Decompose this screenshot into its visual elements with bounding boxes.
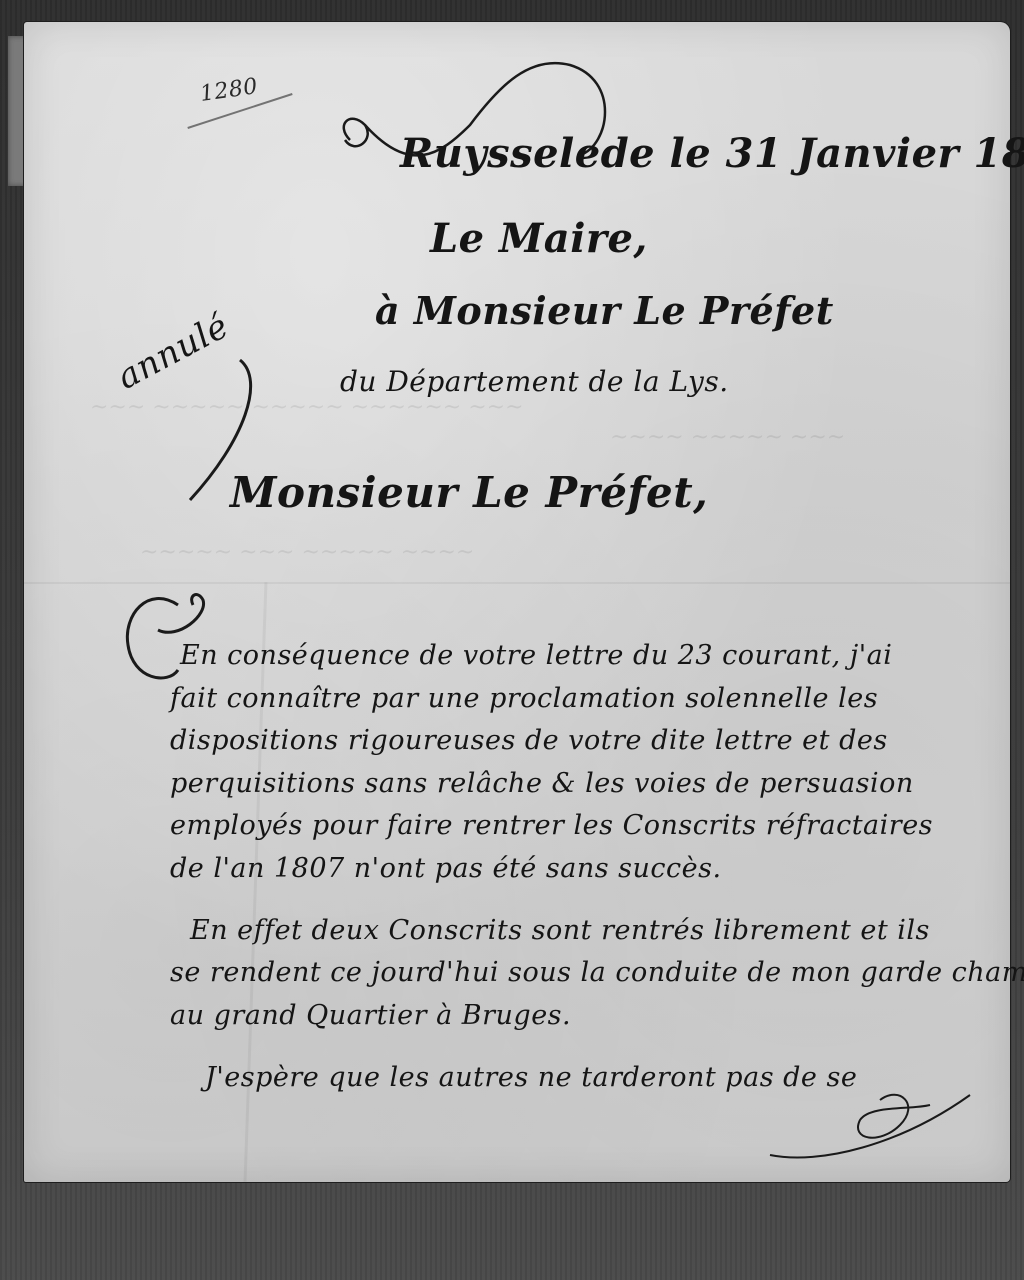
recipient-line-1: à Monsieur Le Préfet <box>375 288 834 333</box>
body-line: dispositions rigoureuses de votre dite l… <box>170 725 888 756</box>
recipient-line-2: du Département de la Lys. <box>340 365 729 398</box>
bleed-through-text: ~~~~ ~~~~~ ~~~ <box>610 425 845 450</box>
bleed-through-text: ~~~ ~~~~~ ~~~~~ ~~~~~~ ~~~ <box>90 395 524 420</box>
place-and-date: Ruysselede le 31 Janvier 1807. <box>400 130 1024 177</box>
salutation: Monsieur Le Préfet, <box>230 468 708 517</box>
body-line: se rendent ce jourd'hui sous la conduite… <box>170 957 1024 988</box>
body-line: employés pour faire rentrer les Conscrit… <box>170 810 933 841</box>
body-line: En effet deux Conscrits sont rentrés lib… <box>190 915 930 946</box>
sender-title: Le Maire, <box>430 215 648 262</box>
body-line: au grand Quartier à Bruges. <box>170 1000 571 1031</box>
bleed-through-text: ~~~~~ ~~~ ~~~~~ ~~~~ <box>140 540 474 565</box>
body-line: fait connaître par une proclamation sole… <box>170 683 878 714</box>
fold-crease <box>24 582 1010 584</box>
body-line: perquisitions sans relâche & les voies d… <box>170 768 914 799</box>
closing-flourish <box>760 1085 990 1160</box>
body-line: En conséquence de votre lettre du 23 cou… <box>180 640 892 671</box>
body-line: de l'an 1807 n'ont pas été sans succès. <box>170 853 722 884</box>
